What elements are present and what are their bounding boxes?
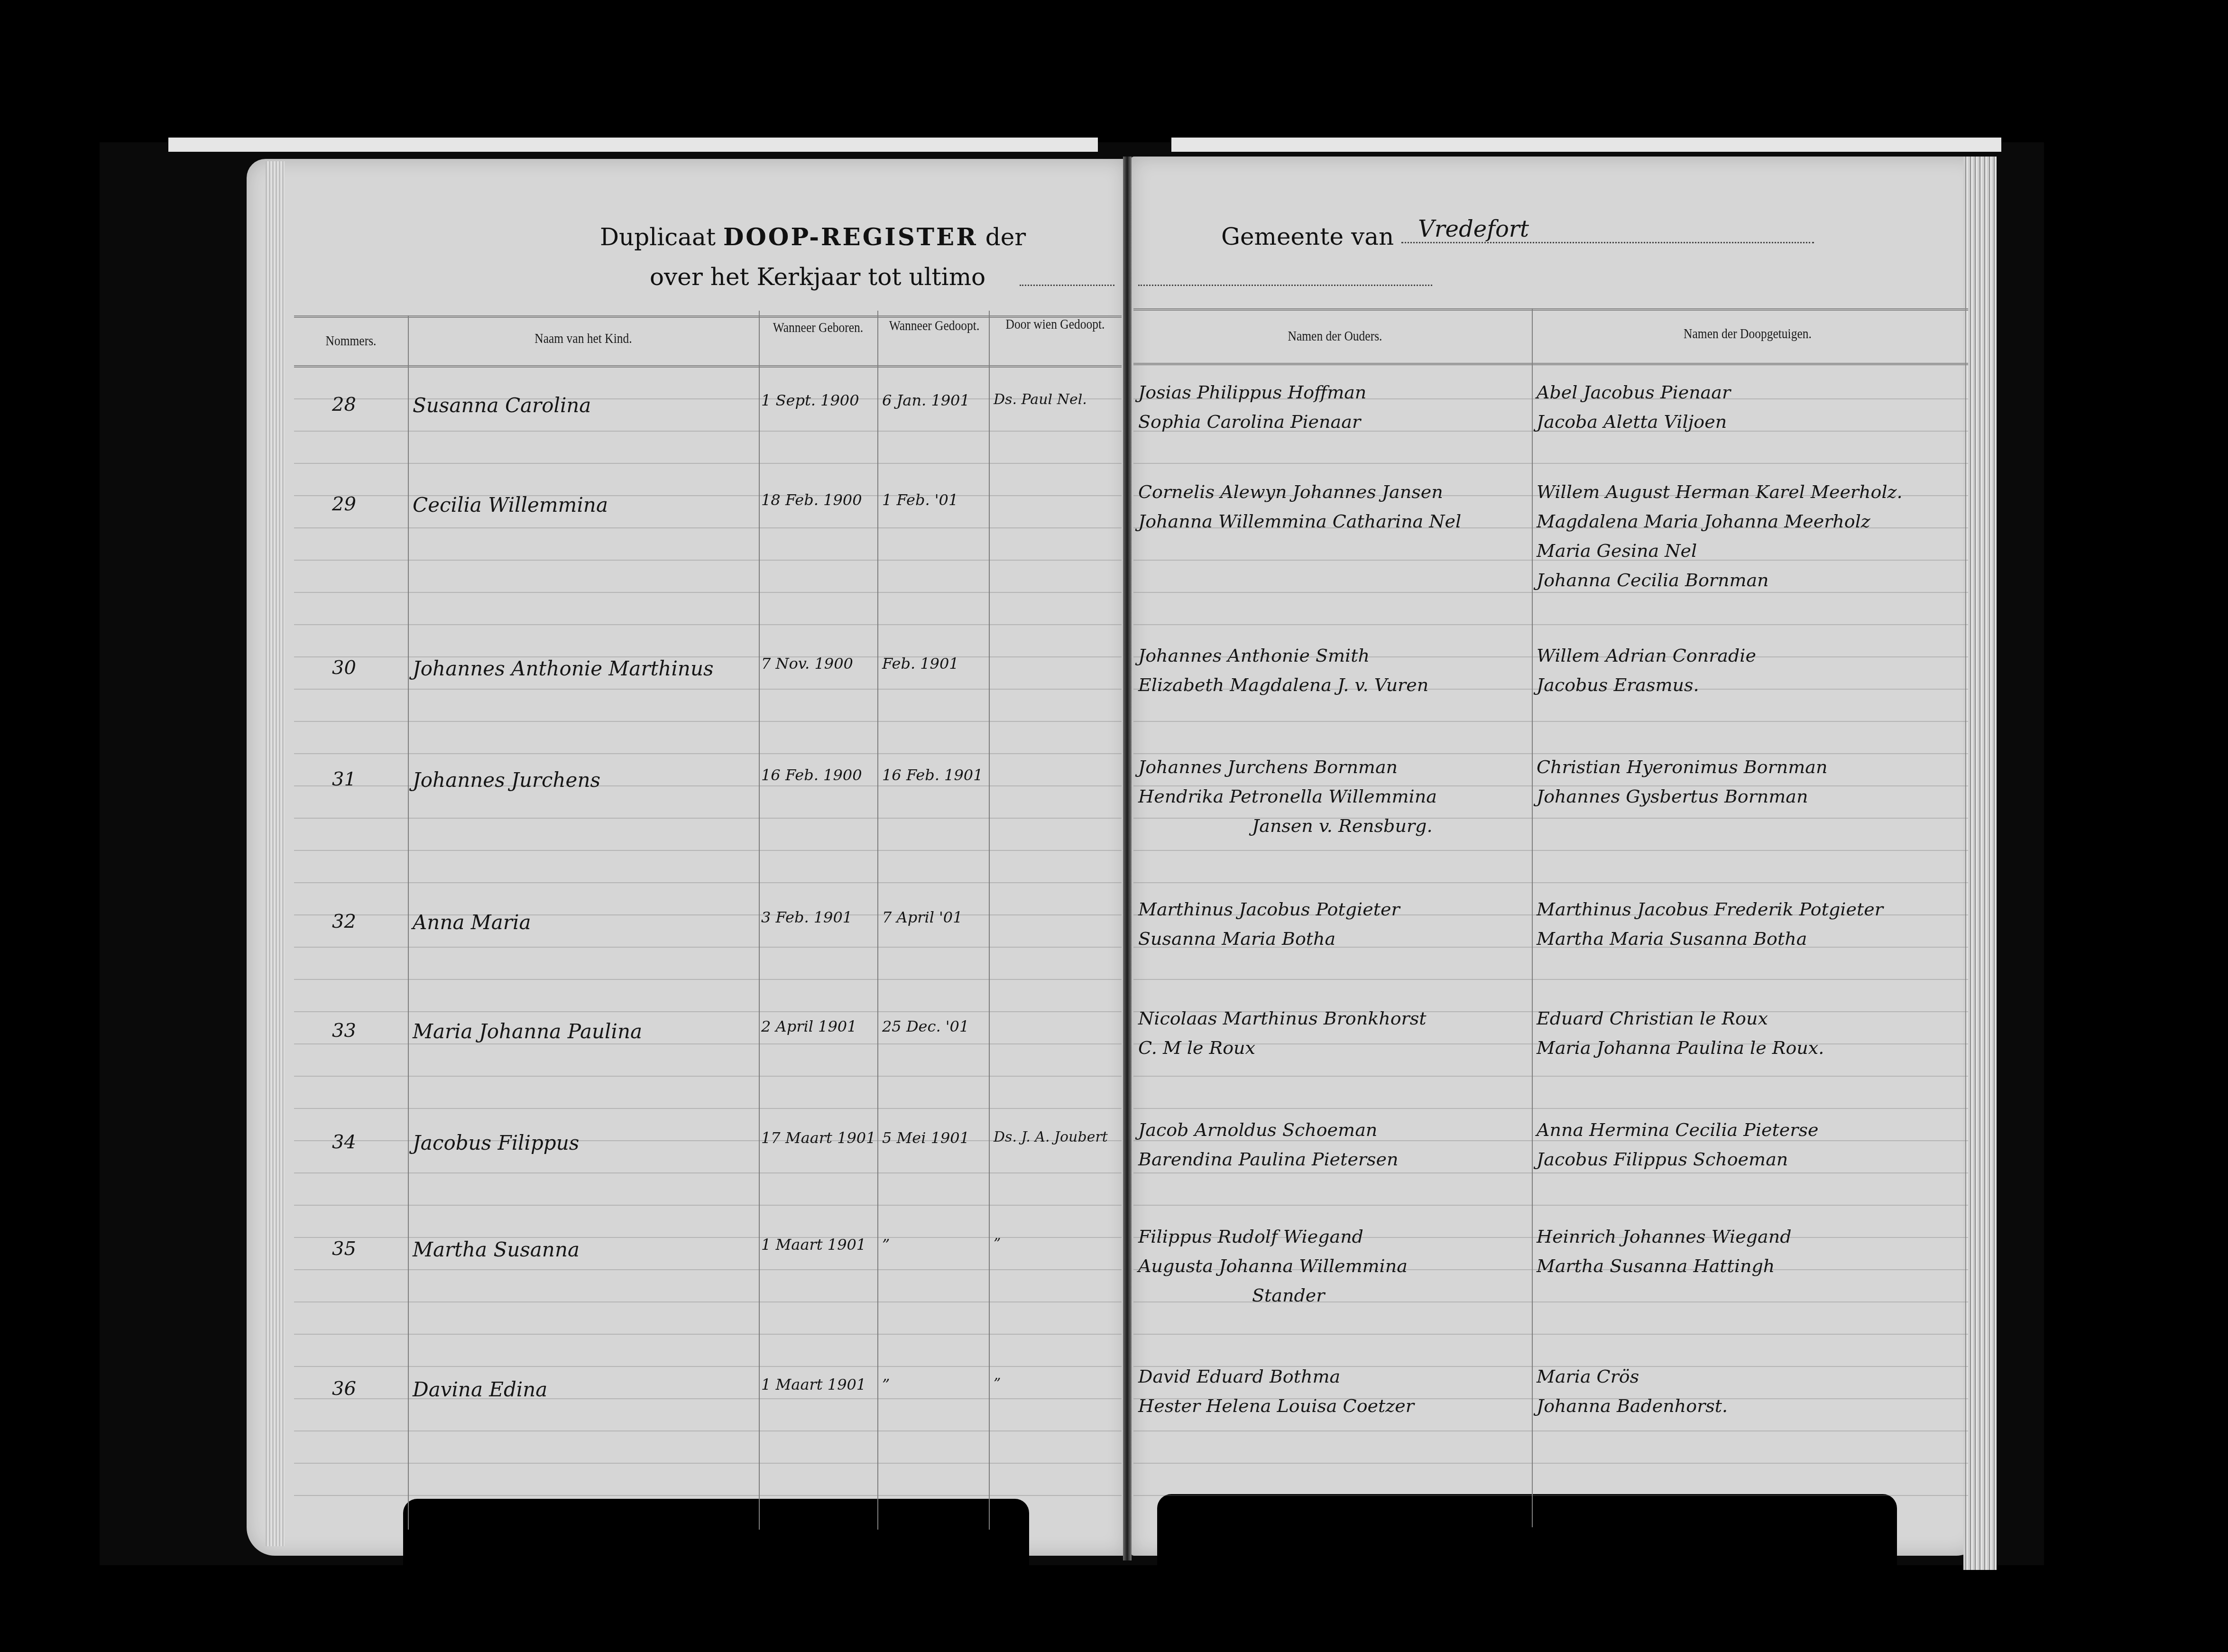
birth-date: 17 Maart 1901 (761, 1129, 876, 1147)
parent-name: Jansen v. Rensburg. (1252, 815, 1432, 836)
entry-number: 36 (332, 1378, 356, 1400)
birth-date: 2 April 1901 (761, 1017, 857, 1035)
birth-date: 7 Nov. 1900 (761, 655, 853, 673)
ruled-line (294, 1043, 1122, 1044)
birth-date: 1 Sept. 1900 (761, 391, 859, 409)
ruled-line (294, 1205, 1122, 1206)
parent-name: Augusta Johanna Willemmina (1138, 1255, 1408, 1276)
ruled-line (294, 882, 1122, 883)
birth-date: 3 Feb. 1901 (761, 908, 852, 926)
ruled-line (294, 560, 1122, 561)
ruled-line (1133, 753, 1968, 754)
witness-name: Anna Hermina Cecilia Pieterse (1537, 1119, 1818, 1140)
book-cover-edge-top-right (1171, 138, 2001, 152)
ruled-line (294, 1301, 1122, 1302)
ultimo-field (1020, 285, 1114, 286)
ruled-line (294, 1495, 1122, 1496)
ruled-line (294, 1366, 1122, 1367)
left-page-stack (266, 161, 285, 1546)
baptism-date: 7 April '01 (882, 908, 963, 926)
binding-clip-left (403, 1499, 1029, 1565)
witness-name: Jacoba Aletta Viljoen (1537, 411, 1727, 432)
baptized-by: ” (994, 1236, 1001, 1252)
parent-name: Cornelis Alewyn Johannes Jansen (1138, 481, 1443, 502)
ruled-line (294, 1463, 1122, 1464)
table-header-bottom-rule-left (294, 365, 1122, 368)
ruled-line (294, 1172, 1122, 1173)
ruled-line (294, 721, 1122, 722)
ruled-line (1133, 1076, 1968, 1077)
ruled-line (294, 753, 1122, 754)
witness-name: Johanna Badenhorst. (1537, 1395, 1728, 1416)
entry-number: 31 (332, 768, 356, 790)
ruled-line (1133, 721, 1968, 722)
ruled-line (294, 463, 1122, 464)
child-name: Anna Maria (413, 911, 531, 934)
table-top-rule-right (1133, 308, 1968, 311)
ruled-line (294, 624, 1122, 625)
child-name: Johannes Anthonie Marthinus (413, 657, 714, 680)
col-divider-1 (408, 315, 409, 1530)
ruled-line (1133, 1172, 1968, 1173)
witness-name: Heinrich Johannes Wiegand (1537, 1226, 1791, 1247)
parent-name: Sophia Carolina Pienaar (1138, 411, 1361, 432)
child-name: Maria Johanna Paulina (413, 1020, 642, 1043)
ruled-line (294, 979, 1122, 980)
ruled-line (294, 947, 1122, 948)
parent-name: David Eduard Bothma (1138, 1366, 1340, 1387)
witness-name: Magdalena Maria Johanna Meerholz (1537, 511, 1870, 532)
witness-name: Abel Jacobus Pienaar (1537, 382, 1731, 403)
ruled-line (1133, 1140, 1968, 1141)
baptism-date: Feb. 1901 (882, 655, 959, 673)
child-name: Susanna Carolina (413, 394, 591, 417)
entry-number: 29 (332, 493, 356, 515)
baptism-date: ” (882, 1236, 890, 1254)
right-page-stack (1963, 157, 1997, 1570)
baptism-date: 1 Feb. '01 (882, 491, 958, 509)
baptism-date: ” (882, 1375, 890, 1394)
ruled-line (1133, 624, 1968, 625)
entry-number: 32 (332, 911, 356, 932)
ruled-line (1133, 1463, 1968, 1464)
col-header-gedoopt: Wanneer Gedoopt. (888, 317, 981, 335)
col-divider-5 (1532, 308, 1533, 1527)
ruled-line (294, 850, 1122, 851)
col-divider-2 (759, 311, 760, 1530)
book-gutter (1123, 157, 1132, 1560)
table-header-bottom-rule-right (1133, 363, 1968, 365)
baptized-by: Ds. Paul Nel. (994, 391, 1087, 408)
ultimo-field-continued (1138, 285, 1432, 286)
left-page (247, 159, 1126, 1556)
church-year-label: over het Kerkjaar tot ultimo (650, 263, 985, 291)
ruled-line (294, 1011, 1122, 1012)
child-name: Martha Susanna (413, 1238, 580, 1261)
ruled-line (1133, 979, 1968, 980)
right-page (1131, 157, 1980, 1556)
binding-clip-right (1157, 1494, 1897, 1565)
parent-name: Filippus Rudolf Wiegand (1138, 1226, 1363, 1247)
witness-name: Jacobus Erasmus. (1537, 674, 1699, 695)
witness-name: Jacobus Filippus Schoeman (1537, 1149, 1788, 1170)
col-header-geboren: Wanneer Geboren. (770, 319, 866, 337)
register-title: Duplicaat DOOP-REGISTER der (600, 223, 1026, 251)
ruled-line (1133, 1205, 1968, 1206)
birth-date: 1 Maart 1901 (761, 1236, 866, 1254)
entry-number: 28 (332, 394, 356, 415)
ruled-line (1133, 463, 1968, 464)
entry-number: 30 (332, 657, 356, 679)
congregation-label: Gemeente van (1221, 223, 1394, 250)
parent-name: Hendrika Petronella Willemmina (1138, 786, 1437, 807)
witness-name: Willem Adrian Conradie (1537, 645, 1756, 666)
col-header-naam-kind: Naam van het Kind. (434, 330, 733, 348)
col-header-nommers: Nommers. (303, 332, 399, 350)
entry-number: 33 (332, 1020, 356, 1042)
child-name: Jacobus Filippus (413, 1131, 579, 1154)
birth-date: 18 Feb. 1900 (761, 491, 862, 509)
parent-name: Hester Helena Louisa Coetzer (1138, 1395, 1414, 1416)
entry-number: 35 (332, 1238, 356, 1260)
ruled-line (294, 689, 1122, 690)
witness-name: Maria Johanna Paulina le Roux. (1537, 1037, 1824, 1058)
witness-name: Maria Crös (1537, 1366, 1639, 1387)
parent-name: Johannes Anthonie Smith (1138, 645, 1370, 666)
register-title-bold: DOOP-REGISTER (723, 223, 978, 251)
child-name: Cecilia Willemmina (413, 493, 608, 517)
baptized-by: Ds. J. A. Joubert (994, 1129, 1108, 1145)
parent-name: Susanna Maria Botha (1138, 928, 1335, 949)
witness-name: Maria Gesina Nel (1537, 540, 1697, 561)
parent-name: Johannes Jurchens Bornman (1138, 757, 1398, 777)
parent-name: Josias Philippus Hoffman (1138, 382, 1366, 403)
parent-name: C. M le Roux (1138, 1037, 1255, 1058)
ruled-line (1133, 1431, 1968, 1431)
ruled-line (1133, 882, 1968, 883)
witness-name: Marthinus Jacobus Frederik Potgieter (1537, 899, 1883, 920)
entry-number: 34 (332, 1131, 356, 1153)
birth-date: 1 Maart 1901 (761, 1375, 866, 1394)
book-cover-edge-top (168, 138, 1098, 152)
parent-name: Elizabeth Magdalena J. v. Vuren (1138, 674, 1428, 695)
congregation-value: Vredefort (1418, 216, 1529, 242)
ruled-line (294, 1108, 1122, 1109)
col-header-door-wien: Door wien Gedoopt. (1001, 315, 1110, 333)
col-divider-3 (877, 311, 878, 1530)
parent-name: Jacob Arnoldus Schoeman (1138, 1119, 1377, 1140)
baptized-by: ” (994, 1375, 1001, 1392)
witness-name: Martha Susanna Hattingh (1537, 1255, 1775, 1276)
ruled-line (1133, 592, 1968, 593)
witness-name: Christian Hyeronimus Bornman (1537, 757, 1827, 777)
ruled-line (1133, 1108, 1968, 1109)
witness-name: Martha Maria Susanna Botha (1537, 928, 1807, 949)
ruled-line (1133, 1495, 1968, 1496)
ruled-line (294, 527, 1122, 528)
ruled-line (294, 592, 1122, 593)
parent-name: Marthinus Jacobus Potgieter (1138, 899, 1400, 920)
ruled-line (294, 818, 1122, 819)
ruled-line (1133, 1334, 1968, 1335)
col-header-getuigen: Namen der Doopgetuigen. (1566, 325, 1929, 343)
parent-name: Nicolaas Marthinus Bronkhorst (1138, 1008, 1427, 1029)
child-name: Johannes Jurchens (413, 768, 600, 792)
parent-name: Johanna Willemmina Catharina Nel (1138, 511, 1461, 532)
parent-name: Barendina Paulina Pietersen (1138, 1149, 1399, 1170)
parent-name: Stander (1252, 1285, 1325, 1306)
witness-name: Eduard Christian le Roux (1537, 1008, 1768, 1029)
col-header-ouders: Namen der Ouders. (1168, 327, 1502, 345)
ruled-line (294, 1076, 1122, 1077)
ruled-line (294, 431, 1122, 432)
baptism-date: 25 Dec. '01 (882, 1017, 969, 1035)
baptism-date: 16 Feb. 1901 (882, 766, 983, 784)
birth-date: 16 Feb. 1900 (761, 766, 862, 784)
ruled-line (294, 1431, 1122, 1431)
col-divider-4 (989, 311, 990, 1530)
witness-name: Johannes Gysbertus Bornman (1537, 786, 1808, 807)
witness-name: Johanna Cecilia Bornman (1537, 570, 1769, 591)
child-name: Davina Edina (413, 1378, 547, 1401)
table-top-rule-left (294, 315, 1122, 318)
ruled-line (294, 1269, 1122, 1270)
baptism-date: 5 Mei 1901 (882, 1129, 969, 1147)
witness-name: Willem August Herman Karel Meerholz. (1537, 481, 1903, 502)
baptism-date: 6 Jan. 1901 (882, 391, 970, 409)
ruled-line (1133, 850, 1968, 851)
ruled-line (294, 1334, 1122, 1335)
